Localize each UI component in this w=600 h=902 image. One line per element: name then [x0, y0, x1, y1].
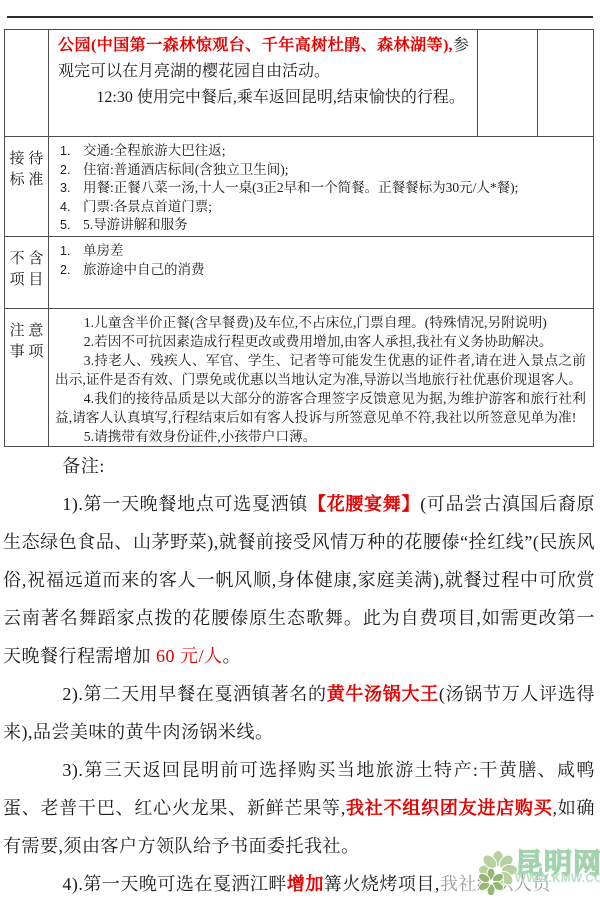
table-row: 公园(中国第一森林惊观台、千年高树杜鹃、森林湖等),参观完可以在月亮湖的樱花园自…	[5, 30, 594, 137]
empty-label-cell	[5, 30, 49, 137]
label-line: 标 准	[5, 168, 48, 189]
item-text: 单房差	[83, 242, 589, 261]
remark-note-2: 2).第二天用早餐在戛洒镇著名的黄牛汤锅大王(汤锅节万人评选得来),品尝美味的黄…	[3, 675, 595, 751]
list-item: 2.旅游途中自己的消费	[49, 261, 589, 280]
notice-paragraph: 4.我们的接待品质是以大部分的游客合理签字反馈意见为据,为维护游客和旅行社利益,…	[55, 389, 586, 427]
item-text: 5.导游讲解和服务	[83, 216, 589, 235]
item-text: 用餐:正餐八菜一汤,十人一桌(3正2早和一个简餐。正餐餐标为30元/人*餐);	[83, 179, 589, 198]
excluded-items-label: 不 含 项 目	[5, 237, 49, 309]
label-line: 事 项	[5, 340, 48, 361]
day-description-paragraph: 公园(中国第一森林惊观台、千年高树杜鹃、森林湖等),参观完可以在月亮湖的樱花园自…	[58, 33, 469, 85]
table-row: 不 含 项 目 1.单房差2.旅游途中自己的消费	[5, 237, 594, 309]
table-row: 接 待 标 准 1.交通:全程旅游大巴往返;2.住宿:普通酒店标间(含独立卫生间…	[5, 137, 594, 237]
item-number: 4.	[49, 198, 83, 217]
item-text: 交通:全程旅游大巴往返;	[83, 142, 589, 161]
label-line: 不 含	[5, 247, 48, 268]
notice-paragraph: 1.儿童含半价正餐(含早餐费)及车位,不占床位,门票自理。(特殊情况,另附说明)	[55, 313, 586, 332]
notice-paragraph: 5.请携带有效身份证件,小孩带户口薄。	[55, 427, 586, 446]
item-number: 1.	[49, 242, 83, 261]
table-row: 注 意 事 项 1.儿童含半价正餐(含早餐费)及车位,不占床位,门票自理。(特殊…	[5, 309, 594, 447]
item-text: 旅游途中自己的消费	[83, 261, 589, 280]
remark-note-3: 3).第三天返回昆明前可选择购买当地旅游土特产:干黄膳、咸鸭蛋、老普干巴、红心火…	[3, 751, 595, 865]
item-number: 3.	[49, 179, 83, 198]
day-description-cell: 公园(中国第一森林惊观台、千年高树杜鹃、森林湖等),参观完可以在月亮湖的樱花园自…	[49, 30, 478, 137]
reception-standards-label: 接 待 标 准	[5, 137, 49, 237]
excluded-items-list: 1.单房差2.旅游途中自己的消费	[49, 237, 594, 309]
return-trip-paragraph: 12:30 使用完中餐后,乘车返回昆明,结束愉快的行程。	[58, 85, 469, 111]
list-item: 3.用餐:正餐八菜一汤,十人一桌(3正2早和一个简餐。正餐餐标为30元/人*餐)…	[49, 179, 589, 198]
label-line: 项 目	[5, 268, 48, 289]
remarks-title: 备注:	[3, 447, 595, 485]
list-item: 1.交通:全程旅游大巴往返;	[49, 142, 589, 161]
remark-note-1: 1).第一天晚餐地点可选戛洒镇【花腰宴舞】(可品尝古滇国后裔原生态绿色食品、山茅…	[3, 485, 595, 675]
notice-paragraphs: 1.儿童含半价正餐(含早餐费)及车位,不占床位,门票自理。(特殊情况,另附说明)…	[49, 309, 594, 447]
label-line: 注 意	[5, 319, 48, 340]
item-number: 1.	[49, 142, 83, 161]
notice-label: 注 意 事 项	[5, 309, 49, 447]
item-number: 5.	[49, 216, 83, 235]
empty-cell	[538, 30, 594, 137]
page-top-divider	[7, 16, 593, 18]
notice-paragraph: 2.若因不可抗因素造成行程更改或费用增加,由客人承担,我社有义务协助解决。	[55, 332, 586, 351]
kmw-watermark: 昆明网 www.kmw.cc	[479, 849, 600, 902]
remarks-section: 备注: 1).第一天晚餐地点可选戛洒镇【花腰宴舞】(可品尝古滇国后裔原生态绿色食…	[3, 447, 595, 902]
notice-paragraph: 3.持老人、残疾人、军官、学生、记者等可能发生优惠的证件者,请在进入景点之前出示…	[55, 351, 586, 389]
list-item: 1.单房差	[49, 242, 589, 261]
empty-cell	[478, 30, 538, 137]
watermark-site-url: www.kmw.cc	[515, 873, 600, 885]
item-number: 2.	[49, 261, 83, 280]
reception-standards-list: 1.交通:全程旅游大巴往返;2.住宿:普通酒店标间(含独立卫生间);3.用餐:正…	[49, 137, 594, 237]
item-text: 门票:各景点首道门票;	[83, 198, 589, 217]
itinerary-table: 公园(中国第一森林惊观台、千年高树杜鹃、森林湖等),参观完可以在月亮湖的樱花园自…	[4, 29, 594, 447]
label-line: 接 待	[5, 147, 48, 168]
list-item: 2.住宿:普通酒店标间(含独立卫生间);	[49, 161, 589, 180]
item-text: 住宿:普通酒店标间(含独立卫生间);	[83, 161, 589, 180]
list-item: 4.门票:各景点首道门票;	[49, 198, 589, 217]
list-item: 5.5.导游讲解和服务	[49, 216, 589, 235]
document-page: 公园(中国第一森林惊观台、千年高树杜鹃、森林湖等),参观完可以在月亮湖的樱花园自…	[0, 0, 600, 902]
item-number: 2.	[49, 161, 83, 180]
